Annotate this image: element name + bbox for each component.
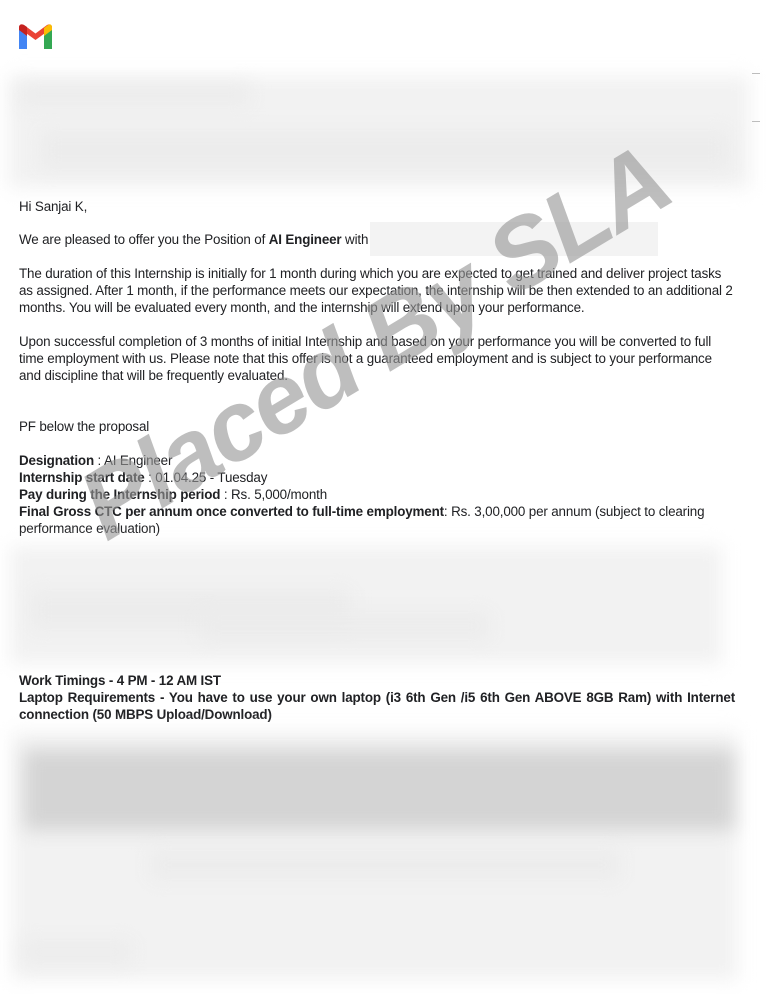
- proposal-start-date: Internship start date : 01.04.25 - Tuesd…: [19, 469, 735, 486]
- scroll-mark: [752, 121, 760, 122]
- redacted-footer-line: [150, 850, 620, 880]
- redacted-header-line: [40, 130, 730, 170]
- offer-line: We are pleased to offer you the Position…: [19, 223, 735, 257]
- redacted-middle-line: [200, 612, 490, 640]
- proposal-internship-pay: Pay during the Internship period : Rs. 5…: [19, 486, 735, 503]
- work-timings: Work Timings - 4 PM - 12 AM IST: [19, 672, 735, 689]
- offer-prefix: We are pleased to offer you the Position…: [19, 232, 269, 247]
- proposal-details: Designation : AI Engineer Internship sta…: [19, 452, 735, 537]
- redacted-footer-line: [22, 940, 132, 964]
- offer-position: AI Engineer: [269, 232, 342, 247]
- paragraph-conversion: Upon successful completion of 3 months o…: [19, 333, 735, 384]
- scroll-mark: [752, 73, 760, 74]
- gmail-logo-icon: [16, 21, 55, 51]
- proposal-final-ctc: Final Gross CTC per annum once converted…: [19, 503, 735, 537]
- redacted-company: [370, 222, 658, 256]
- redacted-header-line: [20, 84, 250, 106]
- paragraph-duration: The duration of this Internship is initi…: [19, 265, 735, 316]
- laptop-requirements: Laptop Requirements - You have to use yo…: [19, 689, 735, 723]
- greeting: Hi Sanjai K,: [19, 198, 735, 215]
- proposal-designation: Designation : AI Engineer: [19, 452, 735, 469]
- proposal-intro: PF below the proposal: [19, 418, 735, 435]
- redacted-footer-line: [24, 750, 734, 830]
- offer-suffix: with: [341, 232, 368, 247]
